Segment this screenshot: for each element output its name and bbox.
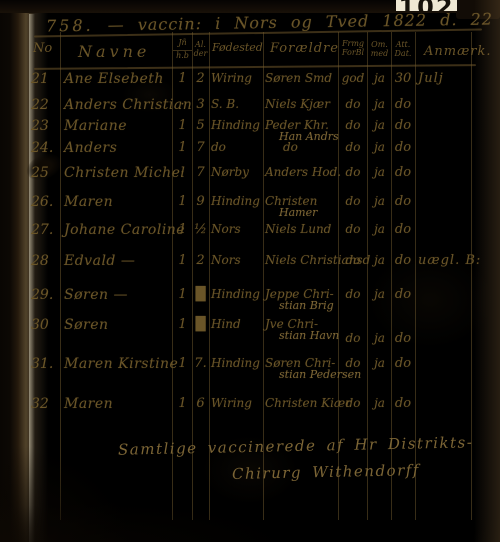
cell-row-number: 27. (31, 222, 61, 238)
cell-confirmed: ja (368, 356, 391, 370)
cell-progress: do (339, 194, 367, 208)
cell-parents: Søren Smd (265, 71, 339, 85)
column-header-navne: Navne (78, 42, 150, 61)
cell-age: 3 (192, 97, 209, 112)
cell-name: Maren (64, 396, 172, 412)
column-header-mark-bottom: h.b (173, 51, 192, 60)
cell-row-number: 31. (31, 356, 61, 372)
cell-name: Mariane (64, 118, 172, 134)
table-row: 29. Søren — 1 █ Hinding Jeppe Chri-stian… (0, 287, 500, 313)
cell-progress: do (339, 222, 367, 236)
cell-parents-line1: Anders Hod. (265, 165, 341, 179)
header-underline (34, 64, 476, 70)
column-header-att-top: Att. (392, 40, 414, 49)
cell-parents: Søren Chri-stian Pedersen (265, 356, 339, 370)
cell-parents: Christen Kiær (265, 396, 339, 410)
cell-attest-date: do (392, 140, 414, 155)
cell-age: 7 (192, 140, 209, 155)
column-header-fremgang-bottom: ForBl (339, 48, 367, 57)
cell-attest-date: do (392, 165, 414, 180)
cell-attest-date: do (392, 194, 414, 209)
cell-name: Søren — (64, 287, 172, 303)
cell-age: 9 (192, 194, 209, 209)
cell-birthplace: Wiring (211, 71, 263, 85)
cell-parents-line2: Hamer (279, 206, 317, 219)
cell-parents: do (265, 140, 339, 154)
cell-progress: do (339, 331, 367, 345)
cell-confirmed: ja (368, 222, 391, 236)
cell-birthplace: Hinding (211, 287, 263, 301)
cell-birthplace: Hind (211, 317, 263, 331)
cell-name: Maren Kirstine (64, 356, 172, 372)
cell-parents-line1: do (283, 140, 298, 154)
cell-remark: uægl. B: (418, 253, 498, 268)
cell-confirmed: ja (368, 331, 391, 345)
cell-mark: 1 (173, 118, 192, 133)
cell-mark: · (173, 97, 192, 112)
cell-mark: 1 (173, 194, 192, 209)
cell-name: Johane Caroline (64, 222, 172, 238)
cell-mark: 1 (173, 253, 192, 268)
cell-attest-date: do (392, 331, 414, 346)
table-row: 32 Maren 1 6 Wiring Christen Kiær do ja … (0, 396, 500, 422)
cell-row-number: 21 (31, 71, 61, 87)
column-header-fodested: Fødested (212, 41, 263, 54)
cell-age: 2 (192, 71, 209, 86)
cell-mark: 1 (173, 287, 192, 302)
cell-age: 7. (192, 356, 209, 371)
cell-attest-date: do (392, 356, 414, 371)
cell-name: Anders (64, 140, 172, 156)
cell-confirmed: ja (368, 118, 391, 132)
cell-name: Ane Elsebeth (64, 71, 172, 87)
cell-attest-date: 30 (392, 71, 414, 86)
scanned-register-page: 102 758.— vaccin: i Nors og Tved 1822 d.… (0, 0, 500, 542)
cell-confirmed: ja (368, 165, 391, 179)
table-row: 25 Christen Michel · 7 Nørby Anders Hod.… (0, 165, 500, 191)
cell-parents: Niels Lund (265, 222, 339, 236)
cell-birthplace: S. B. (211, 97, 263, 111)
table-row: 21 Ane Elsebeth 1 2 Wiring Søren Smd god… (0, 71, 500, 97)
cell-row-number: 25 (31, 165, 61, 181)
cell-progress: do (339, 356, 367, 370)
column-header-foraldre: Forældre (270, 41, 339, 56)
cell-parents: Peder Khr.Han Andrs (265, 118, 339, 132)
table-row: 24. Anders 1 7 do do do ja do (0, 140, 500, 166)
ink-blot: █ (192, 317, 209, 332)
cell-birthplace: Hinding (211, 356, 263, 370)
cell-parents: Anders Hod. (265, 165, 339, 179)
cell-confirmed: ja (368, 396, 391, 410)
column-header-no: No (33, 41, 52, 56)
cell-progress: do (339, 165, 367, 179)
cell-attest-date: do (392, 287, 414, 302)
cell-parents: Jeppe Chri-stian Brig (265, 287, 339, 301)
cell-mark: 1 (173, 317, 192, 332)
cell-progress: god (339, 71, 367, 85)
column-header-alder-bottom: der (192, 49, 209, 58)
table-row: 27. Johane Caroline 1 ½ Nors Niels Lund … (0, 222, 500, 248)
cell-attest-date: do (392, 222, 414, 237)
cell-confirmed: ja (368, 140, 391, 154)
cell-attest-date: do (392, 396, 414, 411)
cell-birthplace: Wiring (211, 396, 263, 410)
cell-remark: Julj (418, 71, 498, 86)
cell-row-number: 23 (31, 118, 61, 134)
cell-attest-date: do (392, 118, 414, 133)
cell-name: Christen Michel (64, 165, 172, 181)
cell-row-number: 24. (31, 140, 61, 156)
cell-age: 2 (192, 253, 209, 268)
cell-age: ½ (192, 222, 209, 237)
cell-age: 7 (192, 165, 209, 180)
cell-parents: Niels Christiansd (265, 253, 339, 267)
column-header-om-bottom: med (368, 49, 391, 58)
cell-progress: do (339, 396, 367, 410)
cell-mark: 1 (173, 140, 192, 155)
table-row: 28 Edvald — 1 2 Nors Niels Christiansd d… (0, 253, 500, 279)
cell-name: Edvald — (64, 253, 172, 269)
column-header-alder-top: Al. (192, 40, 209, 49)
cell-birthplace: Nørby (211, 165, 263, 179)
cell-age: 6 (192, 396, 209, 411)
cell-progress: do (339, 140, 367, 154)
cell-confirmed: ja (368, 97, 391, 111)
cell-row-number: 28 (31, 253, 61, 269)
cell-progress: do (339, 118, 367, 132)
cell-mark: · (173, 165, 192, 180)
cell-birthplace: Hinding (211, 118, 263, 132)
cell-parents: ChristenHamer (265, 194, 339, 208)
ink-blot: █ (192, 287, 209, 302)
cell-progress: do (339, 97, 367, 111)
table-row: 26. Maren 1 9 Hinding ChristenHamer do j… (0, 194, 500, 220)
cell-age: 5 (192, 118, 209, 133)
cell-parents-line2: stian Havn (279, 329, 339, 342)
cell-parents-line1: Niels Lund (265, 222, 331, 236)
cell-confirmed: ja (368, 287, 391, 301)
cell-confirmed: ja (368, 71, 391, 85)
cell-mark: 1 (173, 71, 192, 86)
cell-birthplace: Hinding (211, 194, 263, 208)
cell-progress: do (339, 253, 367, 267)
cell-name: Søren (64, 317, 172, 333)
column-header-om-top: Om. (368, 40, 391, 49)
column-header-fremgang-top: Frmg (339, 39, 367, 48)
cell-confirmed: ja (368, 253, 391, 267)
cell-mark: 1 (173, 396, 192, 411)
cell-birthplace: Nors (211, 222, 263, 236)
cell-parents-line1: Søren Smd (265, 71, 332, 85)
table-row: 30 Søren 1 █ Hind Jve Chri-stian Havn do… (0, 317, 500, 343)
cell-row-number: 22 (31, 97, 61, 113)
cell-parents-line1: Niels Kjær (265, 97, 330, 111)
table-row: 31. Maren Kirstine 1 7. Hinding Søren Ch… (0, 356, 500, 382)
cell-row-number: 26. (31, 194, 61, 210)
cell-row-number: 29. (31, 287, 61, 303)
cell-name: Maren (64, 194, 172, 210)
cell-mark: 1 (173, 222, 192, 237)
cell-row-number: 32 (31, 396, 61, 412)
cell-name: Anders Christian (64, 97, 172, 113)
cell-parents-line2: stian Brig (279, 299, 334, 312)
cell-birthplace: Nors (211, 253, 263, 267)
cell-mark: 1 (173, 356, 192, 371)
cell-attest-date: do (392, 253, 414, 268)
cell-progress: do (339, 287, 367, 301)
cell-row-number: 30 (31, 317, 61, 333)
column-header-att-bottom: Dat. (392, 49, 414, 58)
cell-attest-date: do (392, 97, 414, 112)
cell-confirmed: ja (368, 194, 391, 208)
column-header-anmark: Anmærk. (424, 44, 492, 59)
column-header-mark-top: Jñ (173, 38, 192, 47)
cell-parents: Niels Kjær (265, 97, 339, 111)
cell-birthplace: do (211, 140, 263, 154)
journal-number: 758. (46, 16, 94, 36)
cell-parents: Jve Chri-stian Havn (265, 317, 339, 331)
